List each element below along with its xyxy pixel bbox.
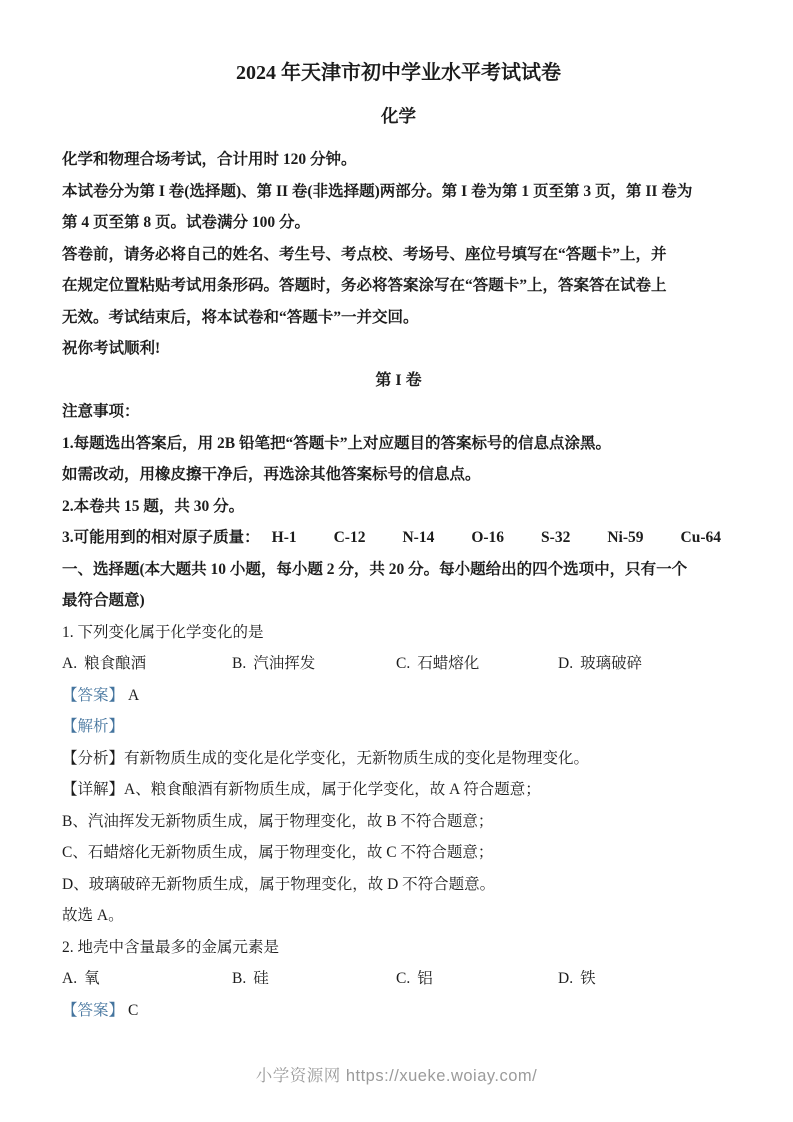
question-2-answer-line: 【答案】C <box>62 995 735 1027</box>
section-1-heading: 第 I 卷 <box>62 365 735 397</box>
intro-line-instructions-1: 答卷前，请务必将自己的姓名、考生号、考点校、考场号、座位号填写在“答题卡”上，并 <box>62 239 735 271</box>
option-label: B. <box>232 970 246 987</box>
question-1-detail-line-d: D、玻璃破碎无新物质生成，属于物理变化，故 D 不符合题意。 <box>62 869 735 901</box>
atomic-mass-line: 3.可能用到的相对原子质量：H-1C-12N-14O-16S-32Ni-59Cu… <box>62 522 735 554</box>
choice-section-intro-1: 一、选择题(本大题共 10 小题，每小题 2 分，共 20 分。每小题给出的四个… <box>62 554 735 586</box>
question-2-option-c: C.铝 <box>396 963 433 995</box>
intro-line-wish: 祝你考试顺利! <box>62 333 735 365</box>
intro-line-structure-1: 本试卷分为第 I 卷(选择题)、第 II 卷(非选择题)两部分。第 I 卷为第 … <box>62 176 735 208</box>
intro-line-instructions-3: 无效。考试结束后，将本试卷和“答题卡”一并交回。 <box>62 302 735 334</box>
atomic-mass-ni: Ni-59 <box>607 522 643 554</box>
notice-line-1: 1.每题选出答案后，用 2B 铅笔把“答题卡”上对应题目的答案标号的信息点涂黑。 <box>62 428 735 460</box>
question-1-detail-line-b: B、汽油挥发无新物质生成，属于物理变化，故 B 不符合题意； <box>62 806 735 838</box>
option-label: D. <box>558 655 573 672</box>
option-text: 石蜡熔化 <box>417 655 479 672</box>
watermark-footer: 小学资源网 https://xueke.woiay.com/ <box>0 1062 793 1086</box>
option-text: 硅 <box>253 970 269 987</box>
option-text: 汽油挥发 <box>253 655 315 672</box>
option-label: A. <box>62 655 77 672</box>
question-2-option-d: D.铁 <box>558 963 596 995</box>
atomic-mass-cu: Cu-64 <box>681 522 721 554</box>
atomic-mass-label: 3.可能用到的相对原子质量： <box>62 529 260 546</box>
atomic-mass-s: S-32 <box>541 522 570 554</box>
notice-line-2: 如需改动，用橡皮擦干净后，再选涂其他答案标号的信息点。 <box>62 459 735 491</box>
question-2-option-b: B.硅 <box>232 963 269 995</box>
question-1-stem: 1. 下列变化属于化学变化的是 <box>62 617 735 649</box>
option-text: 铁 <box>580 970 596 987</box>
exam-subject: 化学 <box>62 100 735 132</box>
question-1-conclusion: 故选 A。 <box>62 900 735 932</box>
intro-line-structure-2: 第 4 页至第 8 页。试卷满分 100 分。 <box>62 207 735 239</box>
answer-tag: 【答案】 <box>62 1002 124 1019</box>
notice-title: 注意事项： <box>62 396 735 428</box>
question-1-detail-line-c: C、石蜡熔化无新物质生成，属于物理变化，故 C 不符合题意； <box>62 837 735 869</box>
question-1-answer-line: 【答案】A <box>62 680 735 712</box>
answer-tag: 【答案】 <box>62 687 124 704</box>
question-1-option-c: C.石蜡熔化 <box>396 648 479 680</box>
intro-line-duration: 化学和物理合场考试，合计用时 120 分钟。 <box>62 144 735 176</box>
question-1-detail-line-a: 【详解】A、粮食酿酒有新物质生成，属于化学变化，故 A 符合题意； <box>62 774 735 806</box>
atomic-mass-h: H-1 <box>272 522 297 554</box>
exam-paper-page: 2024 年天津市初中学业水平考试试卷 化学 化学和物理合场考试，合计用时 12… <box>0 0 793 1122</box>
option-label: B. <box>232 655 246 672</box>
question-1-option-a: A.粮食酿酒 <box>62 648 146 680</box>
answer-value: A <box>128 687 139 704</box>
intro-line-instructions-2: 在规定位置粘贴考试用条形码。答题时，务必将答案涂写在“答题卡”上，答案答在试卷上 <box>62 270 735 302</box>
option-text: 氧 <box>84 970 100 987</box>
answer-value: C <box>128 1002 138 1019</box>
option-label: C. <box>396 970 410 987</box>
question-1-options: A.粮食酿酒 B.汽油挥发 C.石蜡熔化 D.玻璃破碎 <box>62 648 735 680</box>
option-text: 粮食酿酒 <box>84 655 146 672</box>
option-label: D. <box>558 970 573 987</box>
question-2-option-a: A.氧 <box>62 963 100 995</box>
exam-title: 2024 年天津市初中学业水平考试试卷 <box>62 56 735 90</box>
question-1-option-d: D.玻璃破碎 <box>558 648 642 680</box>
option-label: A. <box>62 970 77 987</box>
option-text: 玻璃破碎 <box>580 655 642 672</box>
choice-section-intro-2: 最符合题意) <box>62 585 735 617</box>
notice-line-3: 2.本卷共 15 题，共 30 分。 <box>62 491 735 523</box>
exam-content: 2024 年天津市初中学业水平考试试卷 化学 化学和物理合场考试，合计用时 12… <box>62 56 735 1026</box>
question-1-analysis-tag-line: 【解析】 <box>62 711 735 743</box>
option-label: C. <box>396 655 410 672</box>
analysis-tag: 【解析】 <box>62 718 124 735</box>
option-text: 铝 <box>417 970 433 987</box>
question-1-option-b: B.汽油挥发 <box>232 648 315 680</box>
question-2-options: A.氧 B.硅 C.铝 D.铁 <box>62 963 735 995</box>
atomic-mass-n: N-14 <box>402 522 434 554</box>
atomic-mass-o: O-16 <box>471 522 504 554</box>
question-2-stem: 2. 地壳中含量最多的金属元素是 <box>62 932 735 964</box>
atomic-mass-c: C-12 <box>334 522 366 554</box>
question-1-analysis-line: 【分析】有新物质生成的变化是化学变化，无新物质生成的变化是物理变化。 <box>62 743 735 775</box>
